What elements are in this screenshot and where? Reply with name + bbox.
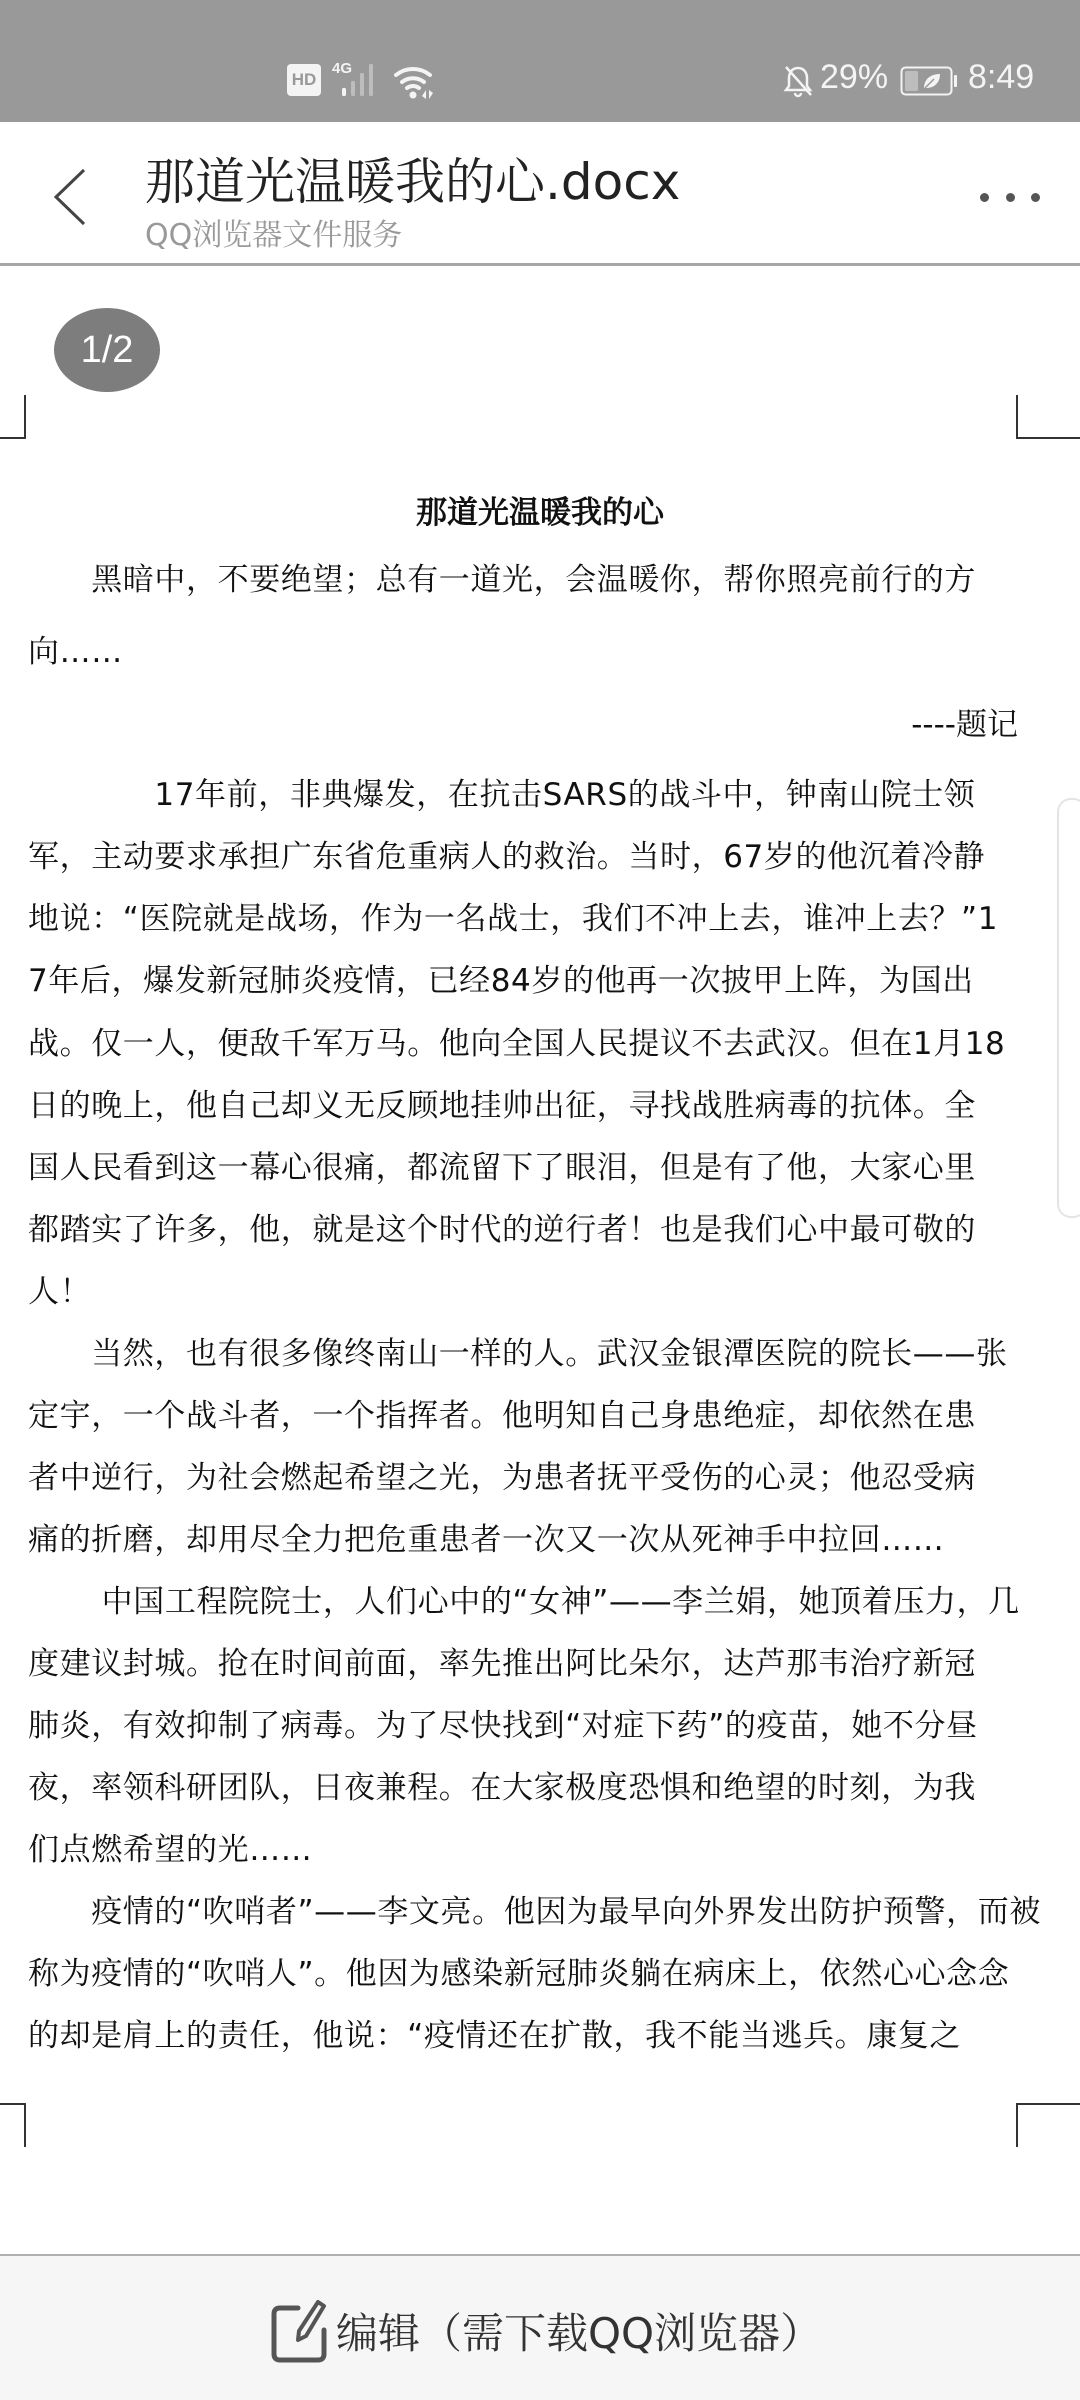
clock: 8:49 <box>968 58 1034 97</box>
paragraph-line: 夜，率领科研团队，日夜兼程。在大家极度恐惧和绝望的时刻，为我 <box>28 1762 976 1807</box>
paragraph-line: 国人民看到这一幕心很痛，都流留下了眼泪，但是有了他，大家心里 <box>28 1142 976 1187</box>
document-subtitle: QQ浏览器文件服务 <box>145 210 402 254</box>
edit-button-label: 编辑（需下载QQ浏览器） <box>336 2301 822 2361</box>
paragraph-line: 者中逆行，为社会燃起希望之光，为患者抚平受伤的心灵；他忍受病 <box>28 1452 976 1497</box>
more-options-button[interactable] <box>975 177 1045 217</box>
more-horizontal-icon <box>1006 193 1015 202</box>
edit-icon <box>270 2298 330 2364</box>
battery-percent: 29% <box>820 58 888 97</box>
paragraph-line: 的却是肩上的责任，他说：“疫情还在扩散，我不能当逃兵。康复之 <box>28 2010 961 2055</box>
page-corner-mark <box>0 395 26 439</box>
scroll-handle[interactable] <box>1057 798 1080 1218</box>
paragraph-line: 7年后，爆发新冠肺炎疫情，已经84岁的他再一次披甲上阵，为国出 <box>28 955 974 1000</box>
edit-button[interactable]: 编辑（需下载QQ浏览器） <box>270 2296 822 2366</box>
page-corner-mark <box>1016 2103 1080 2147</box>
paragraph-line: 们点燃希望的光…… <box>28 1824 312 1869</box>
paragraph-line: 军，主动要求承担广东省危重病人的救治。当时，67岁的他沉着冷静 <box>28 831 985 876</box>
wifi-icon <box>393 62 437 100</box>
paragraph-line: 17年前，非典爆发，在抗击SARS的战斗中，钟南山院士领 <box>28 769 975 814</box>
epigraph-line: 向…… <box>28 626 123 671</box>
epigraph-line: 黑暗中，不要绝望；总有一道光，会温暖你，帮你照亮前行的方 <box>28 554 976 599</box>
app-header: 那道光温暖我的心.docx QQ浏览器文件服务 <box>0 122 1080 266</box>
paragraph-line: 都踏实了许多，他，就是这个时代的逆行者！也是我们心中最可敬的 <box>28 1204 976 1249</box>
paragraph-line: 中国工程院院士，人们心中的“女神”——李兰娟，她顶着压力，几 <box>28 1576 1020 1621</box>
page-indicator: 1/2 <box>54 308 160 392</box>
bell-muted-icon <box>782 64 814 98</box>
paragraph-line: 疫情的“吹哨者”——李文亮。他因为最早向外界发出防护预警，而被 <box>28 1886 1041 1931</box>
signal-icon <box>340 62 376 98</box>
page-corner-mark <box>1016 395 1080 439</box>
document-heading: 那道光温暖我的心 <box>0 487 1080 532</box>
paragraph-line: 定宇，一个战斗者，一个指挥者。他明知自己身患绝症，却依然在患 <box>28 1390 976 1435</box>
paragraph-line: 人！ <box>28 1266 91 1311</box>
paragraph-line: 地说：“医院就是战场，作为一名战士，我们不冲上去，谁冲上去？”1 <box>28 893 998 938</box>
chevron-left-icon[interactable] <box>44 162 94 232</box>
paragraph-line: 当然，也有很多像终南山一样的人。武汉金银潭医院的院长——张 <box>28 1328 1008 1373</box>
paragraph-line: 战。仅一人，便敌千军万马。他向全国人民提议不去武汉。但在1月18 <box>28 1018 1005 1063</box>
paragraph-line: 肺炎，有效抑制了病毒。为了尽快找到“对症下药”的疫苗，她不分昼 <box>28 1700 978 1745</box>
page-corner-mark <box>0 2103 26 2147</box>
paragraph-line: 称为疫情的“吹哨人”。他因为感染新冠肺炎躺在病床上，依然心心念念 <box>28 1948 1009 1993</box>
paragraph-line: 度建议封城。抢在时间前面，率先推出阿比朵尔，达芦那韦治疗新冠 <box>28 1638 976 1683</box>
paragraph-line: 日的晚上，他自己却义无反顾地挂帅出征，寻找战胜病毒的抗体。全 <box>28 1080 976 1125</box>
epigraph-attribution: ----题记 <box>911 699 1018 744</box>
document-title: 那道光温暖我的心.docx <box>145 142 680 214</box>
bottom-bar: 编辑（需下载QQ浏览器） <box>0 2254 1080 2400</box>
paragraph-line: 痛的折磨，却用尽全力把危重患者一次又一次从死神手中拉回…… <box>28 1514 944 1559</box>
more-horizontal-icon <box>980 193 989 202</box>
battery-saver-icon <box>900 66 958 96</box>
status-bar: HD 4G 29% 8:49 <box>0 0 1080 122</box>
document-viewer[interactable]: 1/2 那道光温暖我的心 黑暗中，不要绝望；总有一道光，会温暖你，帮你照亮前行的… <box>0 269 1080 2254</box>
hd-icon: HD <box>287 64 321 96</box>
more-horizontal-icon <box>1031 193 1040 202</box>
